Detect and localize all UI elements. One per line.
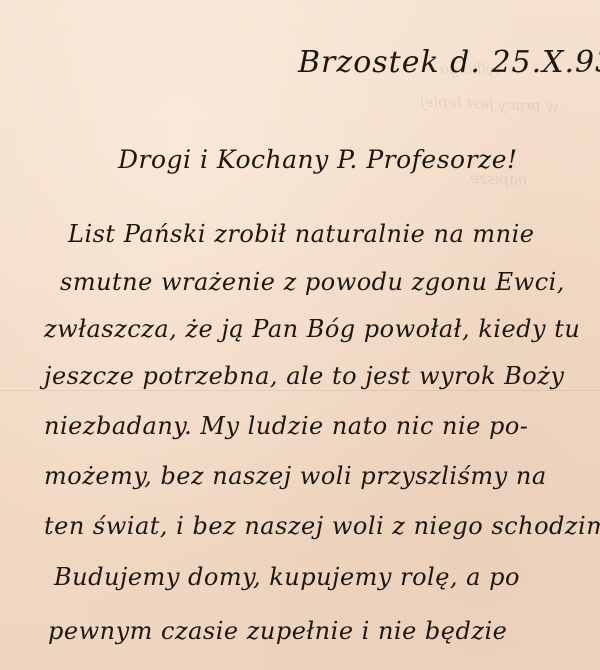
- body-line-3: zwłaszcza, że ją Pan Bóg powołał, kiedy …: [44, 315, 580, 343]
- letter-page: tylko go w pracy jest lepiej napisze Brz…: [0, 0, 600, 670]
- body-line-6: możemy, bez naszej woli przyszliśmy na: [44, 462, 547, 490]
- body-line-2: smutne wrażenie z powodu zgonu Ewci,: [60, 268, 565, 296]
- body-line-5: niezbadany. My ludzie nato nic nie po-: [44, 412, 528, 440]
- body-line-9: pewnym czasie zupełnie i nie będzie: [48, 617, 507, 645]
- bleed-through-text: w pracy jest lepiej: [420, 93, 559, 116]
- body-line-8: Budujemy domy, kupujemy rolę, a po: [54, 563, 520, 591]
- body-line-1: List Pański zrobił naturalnie na mnie: [68, 220, 535, 248]
- body-line-4: jeszcze potrzebna, ale to jest wyrok Boż…: [44, 362, 564, 390]
- place-and-date: Brzostek d. 25.X.933: [298, 45, 600, 80]
- salutation: Drogi i Kochany P. Profesorze!: [118, 145, 518, 174]
- paper-fold: [0, 390, 600, 391]
- body-line-7: ten świat, i bez naszej woli z niego sch…: [44, 512, 600, 540]
